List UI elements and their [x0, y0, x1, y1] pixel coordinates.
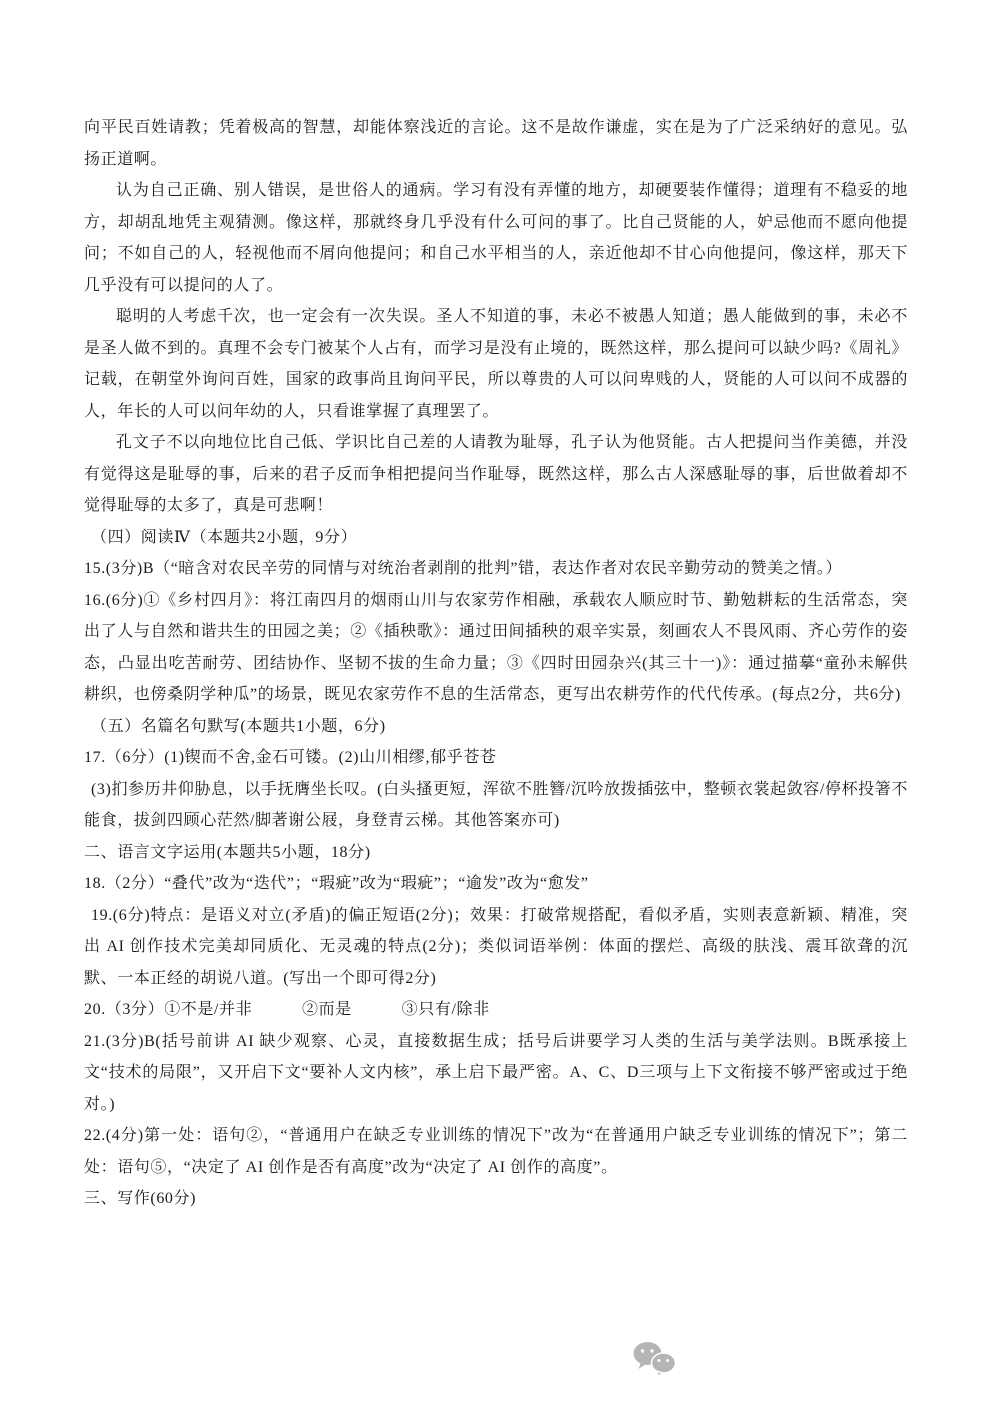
section-heading-language-use: 二、语言文字运用(本题共5小题，18分): [84, 837, 908, 869]
answer-q15: 15.(3分)B（“暗含对农民辛劳的同情与对统治者剥削的批判”错，表达作者对农民…: [84, 553, 908, 585]
answer-q17-part3: (3)扪参历井仰胁息，以手抚膺坐长叹。(白头搔更短，浑欲不胜簪/沉吟放拨插弦中，…: [84, 774, 908, 837]
translation-paragraph-2: 认为自己正确、别人错误，是世俗人的通病。学习有没有弄懂的地方，却硬要装作懂得；道…: [84, 175, 908, 301]
answer-q21: 21.(3分)B(括号前讲 AI 缺少观察、心灵，直接数据生成；括号后讲要学习人…: [84, 1026, 908, 1121]
exam-answer-page: 向平民百姓请教；凭着极高的智慧，却能体察浅近的言论。这不是故作谦虚，实在是为了广…: [0, 0, 992, 1402]
section-heading-writing: 三、写作(60分): [84, 1183, 908, 1215]
translation-paragraph-4: 孔文子不以向地位比自己低、学识比自己差的人请教为耻辱，孔子认为他贤能。古人把提问…: [84, 427, 908, 522]
answer-q18: 18.（2分）“叠代”改为“迭代”；“瑕疵”改为“瑕疵”；“逾发”改为“愈发”: [84, 868, 908, 900]
answer-q20: 20.（3分）①不是/并非 ②而是 ③只有/除非: [84, 994, 908, 1026]
document-text-column: 向平民百姓请教；凭着极高的智慧，却能体察浅近的言论。这不是故作谦虚，实在是为了广…: [84, 112, 908, 1215]
translation-paragraph-1: 向平民百姓请教；凭着极高的智慧，却能体察浅近的言论。这不是故作谦虚，实在是为了广…: [84, 112, 908, 175]
answer-q16: 16.(6分)①《乡村四月》：将江南四月的烟雨山川与农家劳作相融，承载农人顺应时…: [84, 585, 908, 711]
section-heading-reading-iv: （四）阅读Ⅳ（本题共2小题，9分）: [84, 522, 908, 554]
answer-q19: 19.(6分)特点：是语义对立(矛盾)的偏正短语(2分)；效果：打破常规搭配，看…: [84, 900, 908, 995]
answer-q22: 22.(4分)第一处：语句②，“普通用户在缺乏专业训练的情况下”改为“在普通用户…: [84, 1120, 908, 1183]
translation-paragraph-3: 聪明的人考虑千次，也一定会有一次失误。圣人不知道的事，未必不被愚人知道；愚人能做…: [84, 301, 908, 427]
answer-q17: 17.（6分）(1)锲而不舍,金石可镂。(2)山川相缪,郁乎苍苍: [84, 742, 908, 774]
section-heading-dictation: （五）名篇名句默写(本题共1小题，6分): [84, 711, 908, 743]
wechat-icon: [632, 1340, 678, 1380]
